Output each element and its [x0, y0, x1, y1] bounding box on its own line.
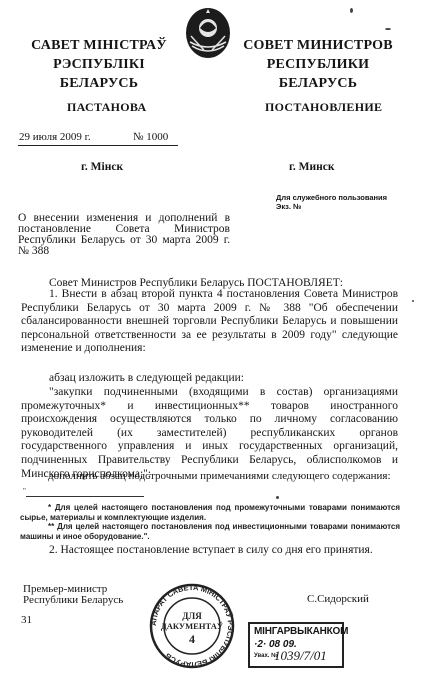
footnote-2: ** Для целей настоящего постановления по…: [20, 522, 400, 541]
reg-stamp-title: МІНГАРВЫКАНКОМ: [254, 626, 348, 637]
reg-stamp-number-value: 1039/7/01: [274, 648, 327, 664]
belarus-coat-of-arms-icon: [184, 6, 232, 60]
page-number: 31: [21, 614, 32, 626]
issuer-line-1: САВЕТ МІНІСТРАЎ: [14, 36, 184, 55]
scan-speck: [412, 300, 414, 302]
quoted-amendment: "закупки подчиненными (входящими в соста…: [21, 386, 398, 481]
seal-line-2: ДАКУМЕНТАЎ: [161, 621, 224, 631]
add-footnotes-instruction: дополнить абзац подстрочными примечаниям…: [48, 470, 391, 482]
footnote-open-quote: ": [23, 487, 26, 495]
city-belarusian: г. Мінск: [81, 161, 123, 173]
issuer-line-1: СОВЕТ МИНИСТРОВ: [228, 36, 408, 55]
seal-line-1: ДЛЯ: [182, 611, 202, 621]
issuer-name-russian: СОВЕТ МИНИСТРОВ РЕСПУБЛИКИ БЕЛАРУСЬ: [228, 36, 408, 93]
doc-type-russian: ПОСТАНОВЛЕНИЕ: [265, 100, 382, 115]
signatory-position: Премьер-министр Республики Беларусь: [23, 584, 123, 606]
signer-name: С.Сидорский: [307, 593, 369, 605]
classification-label: Для служебного пользования: [276, 193, 387, 202]
document-subject: О внесении изменения и дополнений в пост…: [18, 213, 230, 257]
city-russian: г. Минск: [289, 161, 335, 173]
issuer-line-2: РЭСПУБЛІКІ БЕЛАРУСЬ: [14, 55, 184, 93]
position-line-2: Республики Беларусь: [23, 595, 123, 606]
footnote-divider: [26, 496, 144, 497]
seal-number: 4: [189, 632, 195, 646]
issuer-name-belarusian: САВЕТ МІНІСТРАЎ РЭСПУБЛІКІ БЕЛАРУСЬ: [14, 36, 184, 93]
copy-number-label: Экз. №: [276, 202, 387, 211]
document-number: № 1000: [133, 131, 168, 143]
document-date: 29 июля 2009 г.: [19, 131, 91, 143]
scan-speck: [350, 8, 353, 13]
doc-type-belarusian: ПАСТАНОВА: [67, 100, 146, 115]
issuer-line-2: РЕСПУБЛИКИ БЕЛАРУСЬ: [228, 55, 408, 93]
quoted-amendment-text: "закупки подчиненными (входящими в соста…: [21, 386, 398, 481]
footnote-1: * Для целей настоящего постановления под…: [20, 503, 400, 522]
abzac-instruction: абзац изложить в следующей редакции:: [49, 372, 244, 386]
scan-speck: [385, 28, 391, 30]
item-1-paragraph: 1. Внести в абзац второй пункта 4 постан…: [21, 288, 398, 356]
round-seal-stamp: АПАРАТ САВЕТА МІНІСТРАЎ РЭСПУБЛІКІ БЕЛАР…: [142, 583, 242, 669]
classification-mark: Для служебного пользования Экз. №: [276, 193, 387, 211]
registration-stamp: МІНГАРВЫКАНКОМ ·2· 08 09. Уваx. № 1039/7…: [248, 622, 344, 668]
item-2-paragraph: 2. Настоящее постановление вступает в си…: [49, 544, 373, 556]
item-1-text: 1. Внести в абзац второй пункта 4 постан…: [21, 288, 398, 356]
scan-speck: [276, 496, 279, 499]
footnotes: * Для целей настоящего постановления под…: [20, 503, 400, 541]
date-number-line: 29 июля 2009 г. № 1000: [18, 131, 178, 146]
